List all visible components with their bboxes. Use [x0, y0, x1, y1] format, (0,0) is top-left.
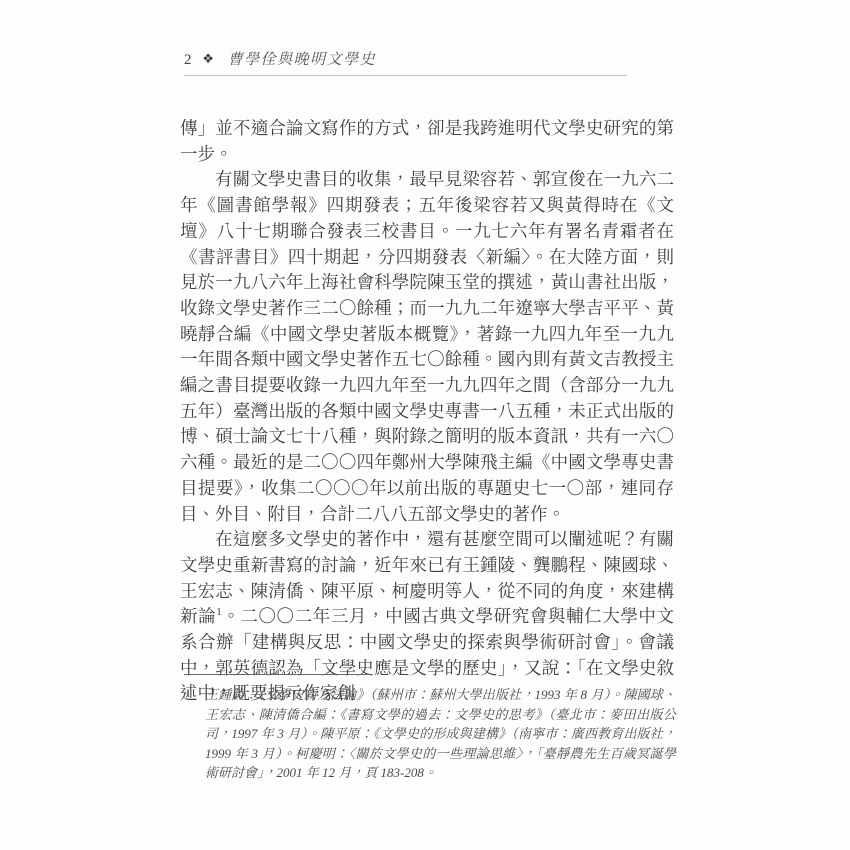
- paragraph: 傳」並不適合論文寫作的方式，卻是我跨進明代文學史研究的第一步。: [180, 116, 674, 167]
- paragraph: 有關文學史書目的收集，最早見梁容若、郭宣俊在一九六二年《圖書館學報》四期發表；五…: [180, 167, 674, 527]
- footnote-marker: 1: [186, 685, 205, 705]
- footnote-separator: [184, 674, 371, 675]
- footnote-list: 1王鍾陵：《文學史新方法論》（蘇州市：蘇州大學出版社，1993 年 8 月）。陳…: [186, 685, 676, 783]
- text-run: 傳」並不適合論文寫作的方式，卻是我跨進明代文學史研究的第一步。: [180, 118, 674, 164]
- text-run: 有關文學史書目的收集，最早見梁容若、郭宣俊在一九六二年《圖書館學報》四期發表；五…: [180, 169, 674, 523]
- book-page: 2 ❖ 曹學佺與晚明文學史 傳」並不適合論文寫作的方式，卻是我跨進明代文學史研究…: [0, 0, 850, 850]
- paragraph: 在這麼多文學史的著作中，還有甚麼空間可以闡述呢？有關文學史重新書寫的討論，近年來…: [180, 527, 674, 707]
- body-text: 傳」並不適合論文寫作的方式，卻是我跨進明代文學史研究的第一步。有關文學史書目的收…: [180, 116, 674, 707]
- footnote-item: 1王鍾陵：《文學史新方法論》（蘇州市：蘇州大學出版社，1993 年 8 月）。陳…: [186, 685, 676, 783]
- running-head-title: 曹學佺與晚明文學史: [228, 52, 377, 68]
- page-number: 2: [184, 52, 193, 68]
- diamond-ornament-icon: ❖: [202, 51, 215, 66]
- footnote-text: 王鍾陵：《文學史新方法論》（蘇州市：蘇州大學出版社，1993 年 8 月）。陳國…: [205, 685, 676, 783]
- running-head: 2 ❖ 曹學佺與晚明文學史: [184, 48, 627, 76]
